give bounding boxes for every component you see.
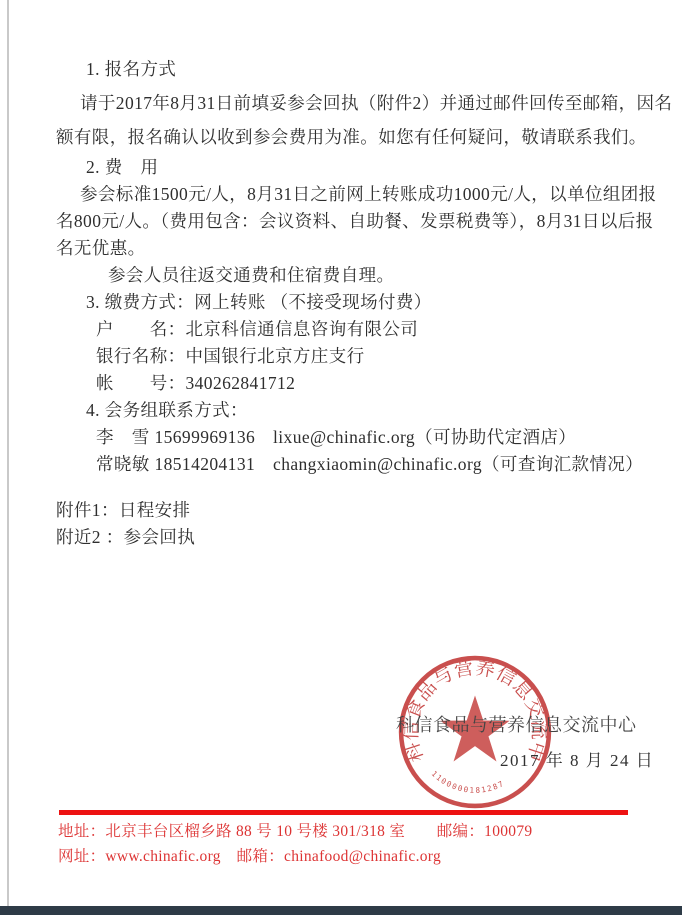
document-line: 户 名：北京科信通信息咨询有限公司 — [96, 316, 646, 343]
signature-date: 2017 年 8 月 24 日 — [500, 746, 654, 771]
document-line: 银行名称：中国银行北京方庄支行 — [96, 343, 646, 370]
document-line: 李 雪 15699969136 lixue@chinafic.org（可协助代定… — [96, 424, 646, 451]
document-line: 参会标准1500元/人，8月31日之前网上转账成功1000元/人，以单位组团报 — [80, 181, 646, 208]
document-line: 名无优惠。 — [56, 235, 646, 262]
scanned-notice-page: 1. 报名方式请于2017年8月31日前填妥参会回执（附件2）并通过邮件回传至邮… — [0, 0, 682, 915]
footer-contact-line: 网址：www.chinafic.org 邮箱：chinafood@chinafi… — [58, 847, 441, 867]
document-line: 附件1：日程安排 — [56, 497, 646, 524]
page-left-edge — [7, 0, 9, 906]
document-line: 3. 缴费方式：网上转账 （不接受现场付费） — [86, 289, 646, 316]
document-line: 参会人员往返交通费和住宿费自理。 — [108, 262, 646, 289]
document-line: 常晓敏 18514204131 changxiaomin@chinafic.or… — [96, 451, 646, 478]
document-body: 1. 报名方式请于2017年8月31日前填妥参会回执（附件2）并通过邮件回传至邮… — [56, 52, 646, 551]
seal-serial-number: 1100000181287 — [430, 769, 507, 795]
document-line: 2. 费 用 — [86, 154, 646, 181]
page-bottom-edge — [0, 906, 682, 915]
document-line: 名800元/人。（费用包含：会议资料、自助餐、发票税费等），8月31日以后报 — [56, 208, 646, 235]
document-line: 帐 号：340262841712 — [96, 370, 646, 397]
footer-address-line: 地址：北京丰台区榴乡路 88 号 10 号楼 301/318 室 邮编：1000… — [58, 822, 532, 842]
document-line: 1. 报名方式 — [86, 52, 646, 86]
document-line: 4. 会务组联系方式： — [86, 397, 646, 424]
document-line: 额有限，报名确认以收到参会费用为准。如您有任何疑问，敬请联系我们。 — [56, 120, 646, 154]
document-line: 请于2017年8月31日前填妥参会回执（附件2）并通过邮件回传至邮箱，因名 — [80, 86, 646, 120]
signature-org-name: 科信食品与营养信息交流中心 — [396, 711, 637, 737]
document-line: 附近2 ：参会回执 — [56, 524, 646, 551]
